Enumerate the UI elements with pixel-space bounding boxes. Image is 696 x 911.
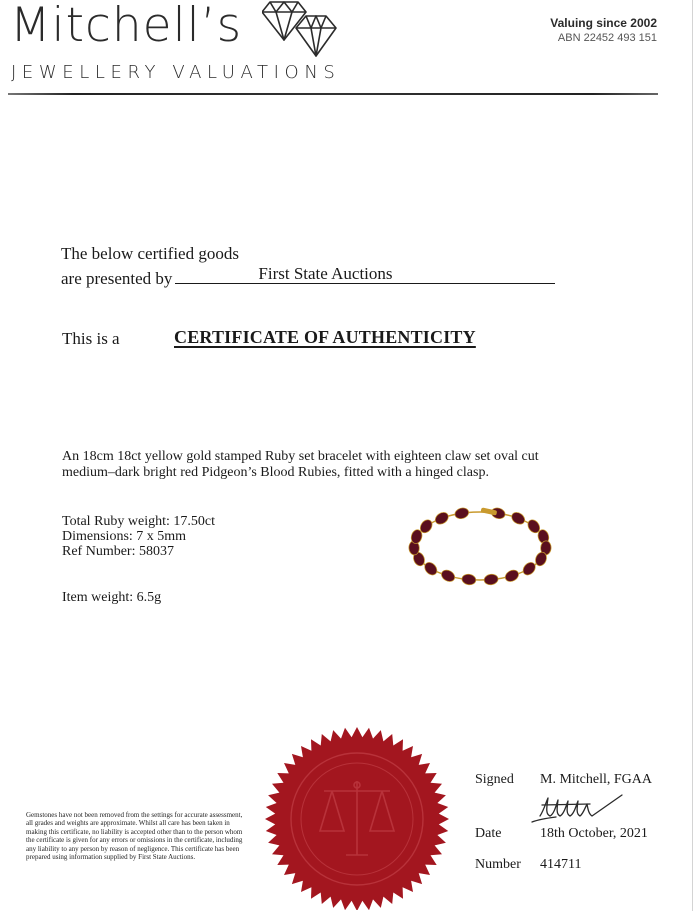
date-label: Date — [475, 826, 501, 842]
intro-line-1: The below certified goods — [61, 244, 555, 264]
intro-line-2-label: are presented by — [61, 269, 172, 288]
spec-dimensions: Dimensions: 7 x 5mm — [62, 529, 215, 544]
presenter-field: First State Auctions — [175, 264, 555, 284]
number-label: Number — [475, 857, 521, 873]
signed-label: Signed — [475, 772, 514, 788]
date-value: 18th October, 2021 — [540, 826, 648, 842]
presented-by-section: The below certified goods are presented … — [61, 244, 555, 289]
brand-subtitle: JEWELLERY VALUATIONS — [11, 62, 340, 83]
signed-value: M. Mitchell, FGAA — [540, 772, 652, 788]
spec-total-ruby-weight: Total Ruby weight: 17.50ct — [62, 514, 215, 529]
signature-icon — [530, 792, 630, 828]
tagline: Valuing since 2002 — [520, 16, 657, 31]
company-info: Valuing since 2002 ABN 22452 493 151 — [520, 16, 657, 45]
item-specs: Total Ruby weight: 17.50ct Dimensions: 7… — [62, 514, 215, 559]
page-edge — [692, 0, 693, 911]
certificate-title: CERTIFICATE OF AUTHENTICITY — [174, 327, 476, 348]
spec-ref-number: Ref Number: 58037 — [62, 544, 215, 559]
seal-icon — [262, 727, 452, 910]
certificate-prefix: This is a — [62, 329, 120, 349]
abn-number: ABN 22452 493 151 — [520, 31, 657, 45]
ruby-bracelet-image — [405, 500, 555, 590]
diamonds-icon — [262, 0, 338, 58]
disclaimer-text: Gemstones have not been removed from the… — [26, 811, 246, 861]
item-description: An 18cm 18ct yellow gold stamped Ruby se… — [62, 449, 582, 481]
brand-name: Mitchell’s — [10, 0, 242, 56]
header-divider — [8, 93, 658, 95]
item-weight: Item weight: 6.5g — [62, 590, 161, 606]
presenter-name: First State Auctions — [258, 264, 392, 284]
number-value: 414711 — [540, 857, 581, 873]
